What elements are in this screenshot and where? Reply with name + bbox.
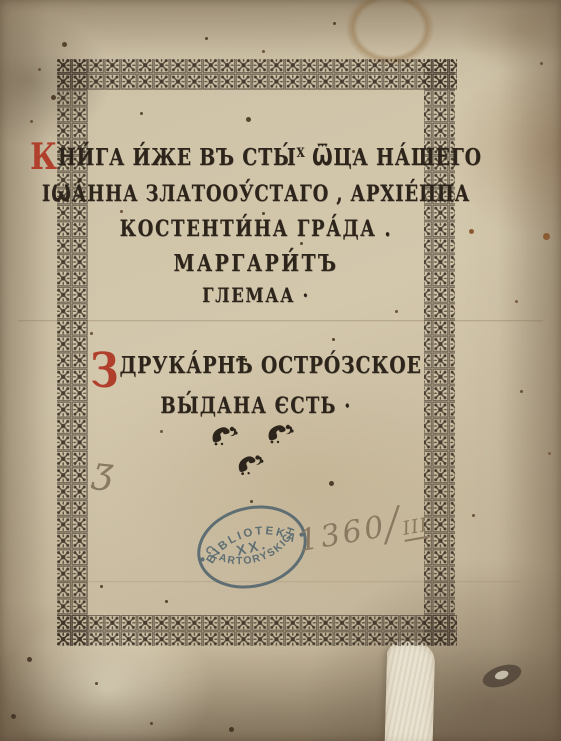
imprint-line-2: ВЫ́ДАНА ЄСТЬ · <box>256 393 489 419</box>
book-title-page-photo: КНИ́ГА И́ЖЕ ВЪ СТЫ́ХѾЦА НА́ШЕГО ІѠА́ННА … <box>0 0 561 741</box>
imprint-line-1: ЗДРУКА́РНѢ ОСТРО́ЗСКОЕ <box>256 352 561 390</box>
fleuron-icon <box>210 423 240 447</box>
superscript-letter: Х <box>296 145 305 160</box>
imprint-line-1-text: ДРУКА́РНѢ ОСТРО́ЗСКОЕ <box>120 352 422 379</box>
title-line-1-text: НИ́ГА И́ЖЕ ВЪ СТЫ́ <box>58 144 297 171</box>
title-line-1: КНИ́ГА И́ЖЕ ВЪ СТЫ́ХѾЦА НА́ШЕГО <box>256 143 561 172</box>
title-line-5: ГЛЕМАА · <box>256 283 387 307</box>
fleuron-icon <box>266 421 296 445</box>
shelfmark-suffix: III <box>401 514 430 542</box>
title-line-3: КОСТЕНТИ́НА ГРА́ДА . <box>256 216 561 242</box>
title-line-4: МАРГАРИ́ТЪ <box>256 250 457 277</box>
title-line-1-text: ѾЦА НА́ШЕГО <box>312 144 482 171</box>
ink-blot <box>480 660 524 691</box>
fleuron-icon <box>235 451 267 477</box>
repair-tape-strip <box>385 640 436 741</box>
rubricated-initial: К <box>30 136 58 178</box>
title-line-2: ІѠА́ННА ЗЛАТООУ́СТАГО , АРХІЕ́ППА <box>256 181 561 207</box>
rubricated-initial: З <box>90 343 119 399</box>
shelfmark-slash: / <box>387 495 401 552</box>
handwritten-margin-mark: Ʒ <box>90 457 115 500</box>
paper-stain-speckles <box>0 0 3 3</box>
